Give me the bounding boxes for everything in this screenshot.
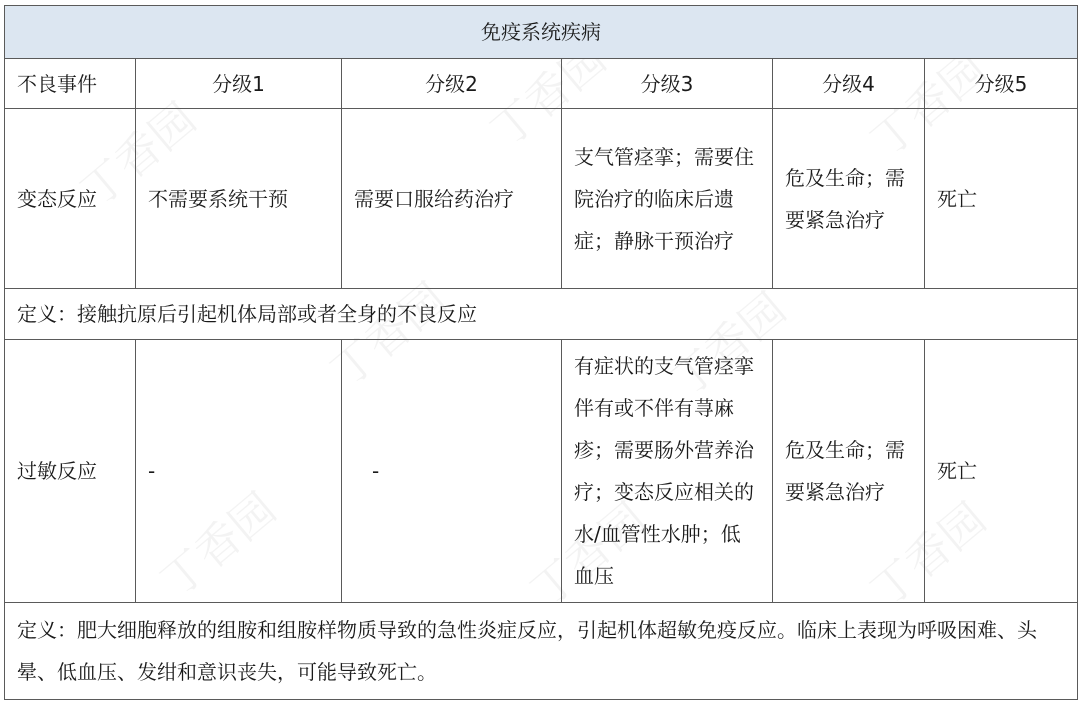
definition-row: 定义：肥大细胞释放的组胺和组胺样物质导致的急性炎症反应，引起机体超敏免疫反应。临… — [5, 603, 1078, 700]
grade-2-cell: - — [342, 340, 562, 603]
grade-4-cell: 危及生命；需要紧急治疗 — [773, 109, 925, 289]
table-header-row: 不良事件 分级1 分级2 分级3 分级4 分级5 — [5, 59, 1078, 109]
definition-text: 定义：肥大细胞释放的组胺和组胺样物质导致的急性炎症反应，引起机体超敏免疫反应。临… — [5, 603, 1078, 700]
header-grade-4: 分级4 — [773, 59, 925, 109]
header-adverse-event: 不良事件 — [5, 59, 136, 109]
grade-4-cell: 危及生命；需要紧急治疗 — [773, 340, 925, 603]
grade-5-cell: 死亡 — [925, 340, 1078, 603]
table-title: 免疫系统疾病 — [5, 6, 1078, 59]
grade-5-cell: 死亡 — [925, 109, 1078, 289]
grade-2-cell: 需要口服给药治疗 — [342, 109, 562, 289]
header-grade-3: 分级3 — [562, 59, 773, 109]
grade-1-cell: - — [136, 340, 342, 603]
event-name: 过敏反应 — [5, 340, 136, 603]
definition-text: 定义：接触抗原后引起机体局部或者全身的不良反应 — [5, 289, 1078, 340]
table-row: 过敏反应 - - 有症状的支气管痉挛伴有或不伴有荨麻疹；需要肠外营养治疗；变态反… — [5, 340, 1078, 603]
event-name: 变态反应 — [5, 109, 136, 289]
definition-row: 定义：接触抗原后引起机体局部或者全身的不良反应 — [5, 289, 1078, 340]
grade-3-cell: 支气管痉挛；需要住院治疗的临床后遗症；静脉干预治疗 — [562, 109, 773, 289]
immune-disorders-table: 免疫系统疾病 不良事件 分级1 分级2 分级3 分级4 分级5 变态反应 不需要… — [4, 5, 1078, 700]
table-title-row: 免疫系统疾病 — [5, 6, 1078, 59]
header-grade-1: 分级1 — [136, 59, 342, 109]
table-row: 变态反应 不需要系统干预 需要口服给药治疗 支气管痉挛；需要住院治疗的临床后遗症… — [5, 109, 1078, 289]
grade-3-cell: 有症状的支气管痉挛伴有或不伴有荨麻疹；需要肠外营养治疗；变态反应相关的水/血管性… — [562, 340, 773, 603]
header-grade-2: 分级2 — [342, 59, 562, 109]
grade-1-cell: 不需要系统干预 — [136, 109, 342, 289]
header-grade-5: 分级5 — [925, 59, 1078, 109]
